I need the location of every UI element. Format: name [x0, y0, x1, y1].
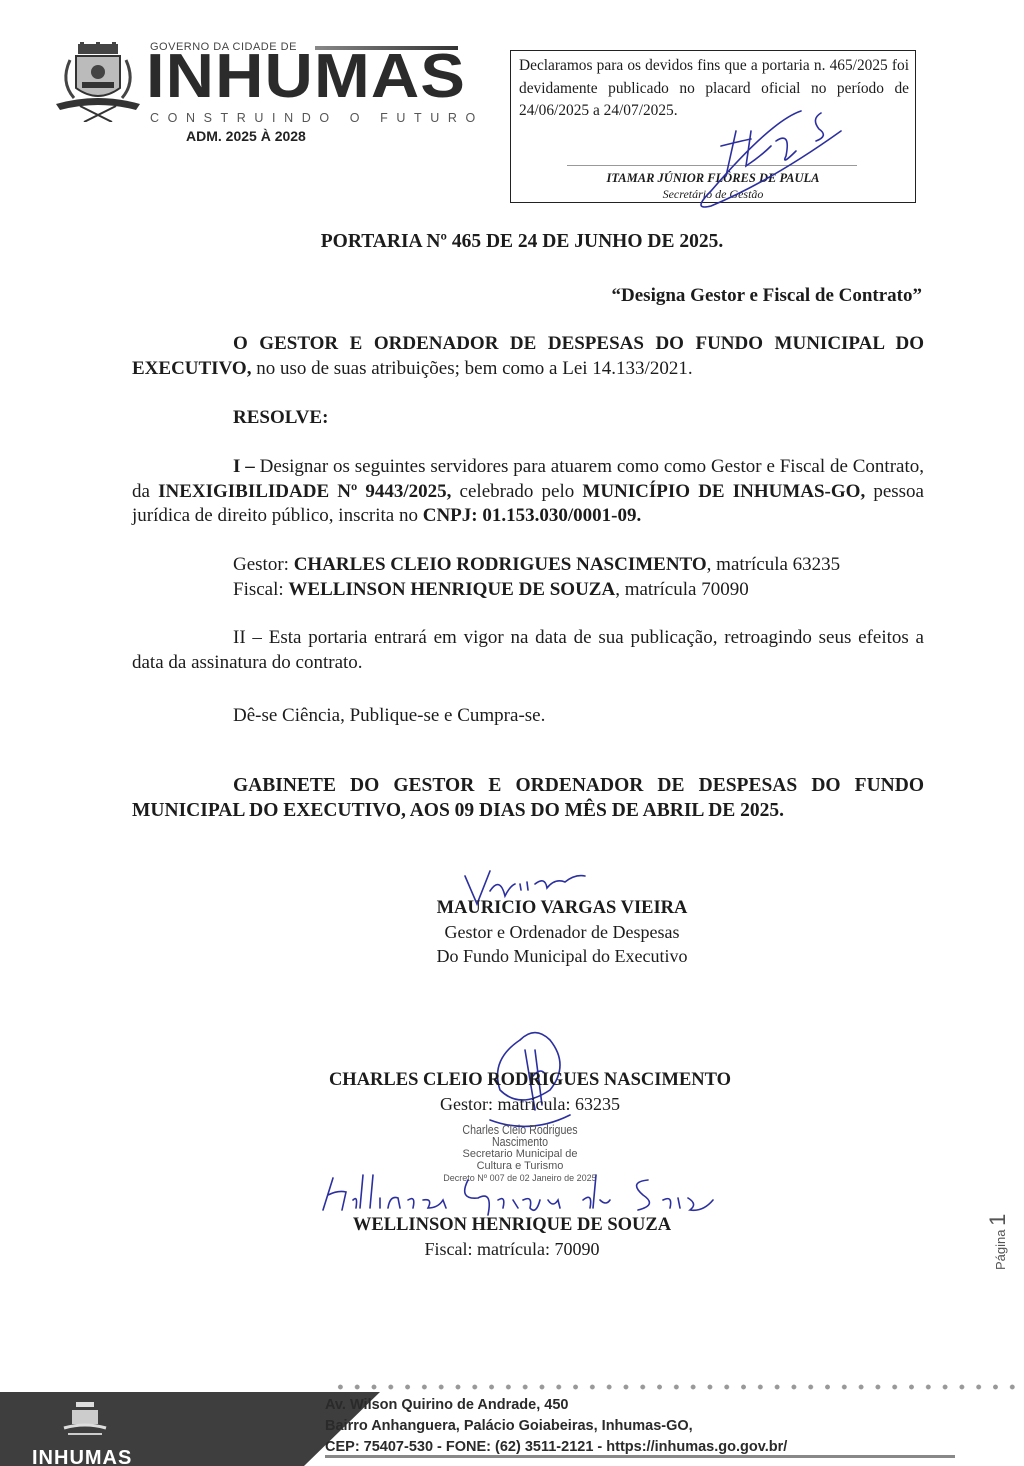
article-1: I – Designar os seguintes servidores par… — [132, 455, 924, 529]
gestor-designation: Gestor: CHARLES CLEIO RODRIGUES NASCIMEN… — [132, 553, 924, 578]
page-label: Página — [993, 1230, 1008, 1270]
closing-formula: Dê-se Ciência, Publique-se e Cumpra-se. — [132, 704, 924, 729]
article-1-text: celebrado pelo — [451, 481, 582, 502]
signer-registration: Fiscal: matrícula: 70090 — [0, 1237, 1024, 1261]
document-subject: “Designa Gestor e Fiscal de Contrato” — [612, 285, 922, 307]
signature-block-manager: MAURICIO VARGAS VIEIRA Gestor e Ordenado… — [0, 896, 1024, 968]
fiscal-registration: , matrícula 70090 — [615, 579, 749, 600]
fiscal-label: Fiscal: — [233, 579, 288, 600]
inexigibilidade-number: INEXIGIBILIDADE Nº 9443/2025, — [158, 481, 451, 502]
gestor-registration: , matrícula 63235 — [707, 554, 841, 575]
municipality-name: MUNICÍPIO DE INHUMAS-GO, — [582, 481, 865, 502]
footer-address: Av. Wilson Quirino de Andrade, 450 Bairr… — [325, 1395, 787, 1458]
signature-block-gestor: CHARLES CLEIO RODRIGUES NASCIMENTO Gesto… — [0, 1068, 1024, 1116]
page-number: Página 1 — [985, 1210, 1011, 1270]
page-value: 1 — [985, 1214, 1010, 1226]
cabinet-dateline: GABINETE DO GESTOR E ORDENADOR DE DESPES… — [132, 774, 924, 823]
signer-registration: Gestor: matrícula: 63235 — [36, 1092, 1024, 1116]
preamble-text: no uso de suas atribuições; bem como a L… — [251, 358, 692, 379]
city-brand: INHUMAS — [146, 46, 466, 108]
footer-rule — [325, 1455, 955, 1458]
signer-name: CHARLES CLEIO RODRIGUES NASCIMENTO — [36, 1068, 1024, 1092]
cnpj-number: CNPJ: 01.153.030/0001-09. — [423, 505, 641, 526]
fiscal-designation: Fiscal: WELLINSON HENRIQUE DE SOUZA, mat… — [132, 578, 924, 603]
fiscal-name: WELLINSON HENRIQUE DE SOUZA — [288, 579, 615, 600]
handwritten-signature-icon — [651, 101, 851, 211]
stamp-role: Secretario Municipal de — [420, 1148, 620, 1160]
administration-period: ADM. 2025 À 2028 — [186, 128, 306, 144]
document-title: PORTARIA Nº 465 DE 24 DE JUNHO DE 2025. — [0, 231, 1024, 253]
address-street: Av. Wilson Quirino de Andrade, 450 — [325, 1395, 787, 1416]
municipal-coat-of-arms-icon — [60, 1400, 110, 1442]
signer-name: MAURICIO VARGAS VIEIRA — [100, 896, 1024, 920]
gestor-label: Gestor: — [233, 554, 294, 575]
gestor-name: CHARLES CLEIO RODRIGUES NASCIMENTO — [294, 554, 707, 575]
signer-name: WELLINSON HENRIQUE DE SOUZA — [0, 1213, 1024, 1237]
signer-role: Do Fundo Municipal do Executivo — [100, 944, 1024, 968]
footer-dot-divider — [332, 1383, 1022, 1391]
stamp-name: Charles Cleio Rodrigues Nascimento — [435, 1124, 605, 1148]
preamble: O GESTOR E ORDENADOR DE DESPESAS DO FUND… — [132, 332, 924, 381]
footer-brand: INHUMAS — [32, 1447, 132, 1466]
slogan: CONSTRUINDO O FUTURO — [150, 111, 484, 125]
resolve-heading: RESOLVE: — [132, 406, 924, 431]
municipal-coat-of-arms-icon — [52, 42, 144, 122]
signature-block-fiscal: WELLINSON HENRIQUE DE SOUZA Fiscal: matr… — [0, 1213, 1024, 1261]
article-2: II – Esta portaria entrará em vigor na d… — [132, 626, 924, 675]
publication-stamp: Declaramos para os devidos fins que a po… — [510, 50, 916, 203]
signer-role: Gestor e Ordenador de Despesas — [100, 920, 1024, 944]
address-neighborhood: Bairro Anhanguera, Palácio Goiabeiras, I… — [325, 1416, 787, 1437]
article-1-prefix: I – — [233, 456, 260, 477]
